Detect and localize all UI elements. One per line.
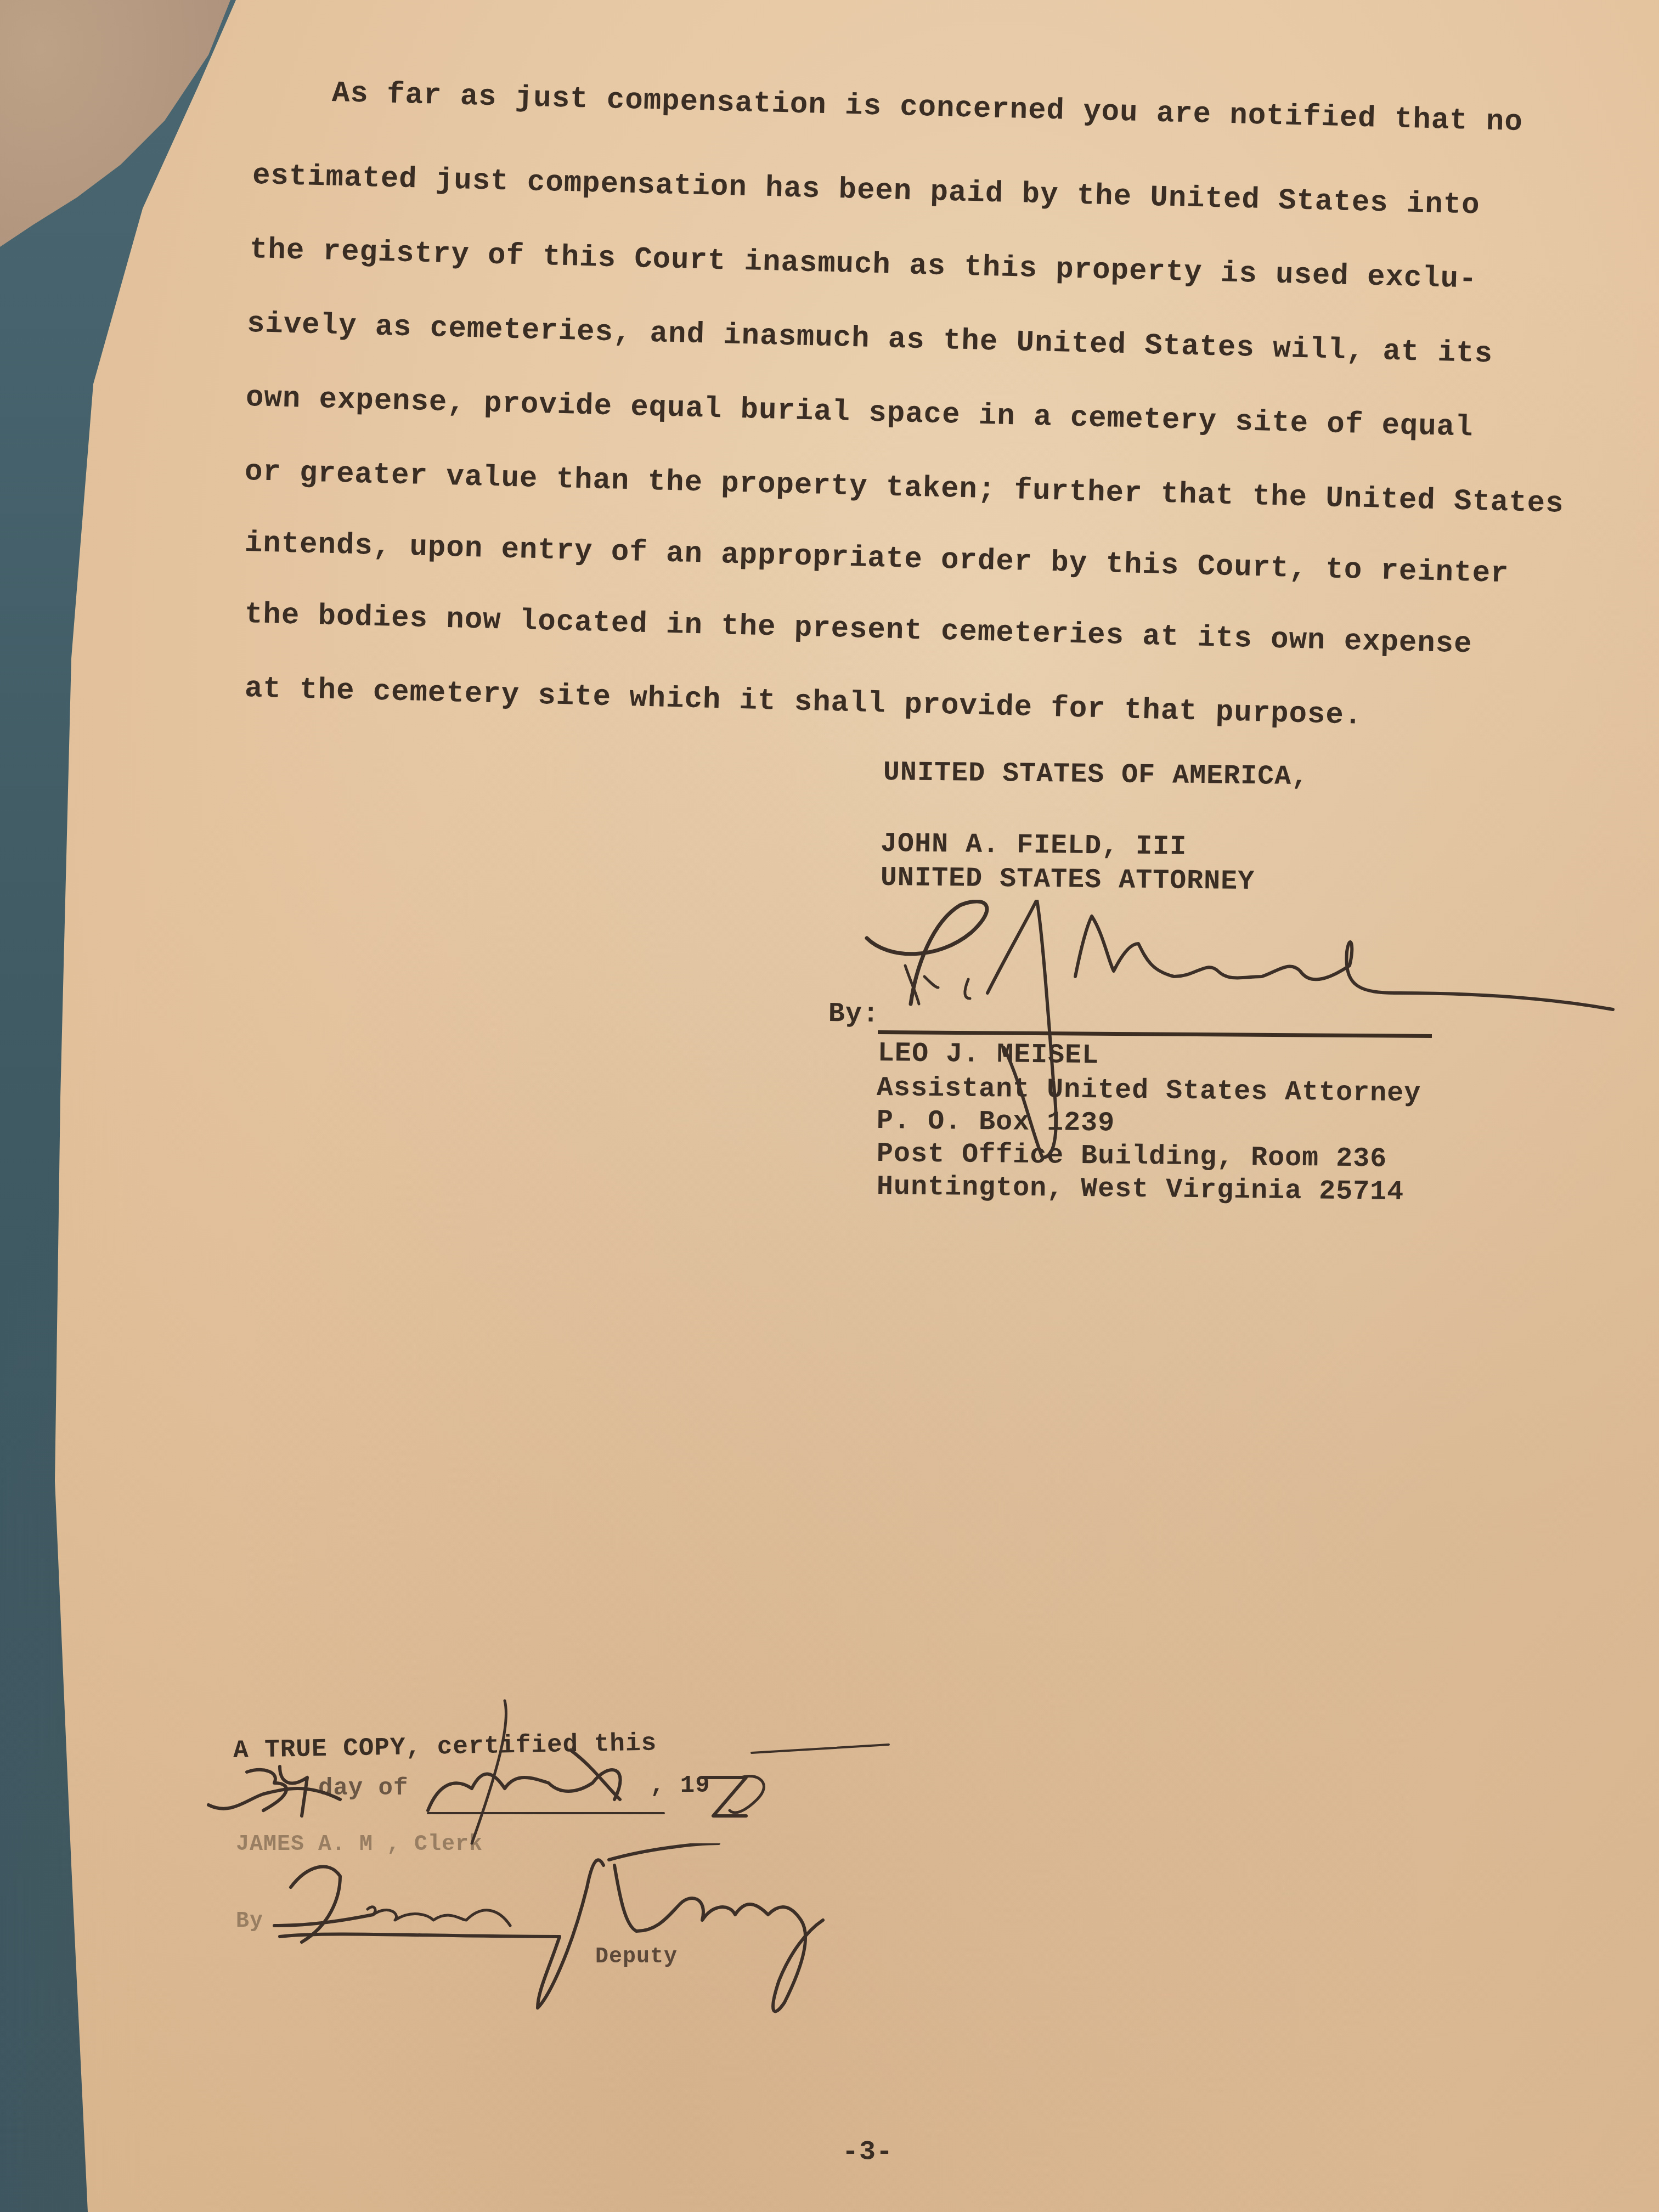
body-line: estimated just compensation has been pai… xyxy=(252,159,1480,223)
body-line: As far as just compensation is concerned… xyxy=(331,77,1523,139)
address-line: Huntington, West Virginia 25714 xyxy=(877,1171,1404,1208)
signer-name: LEO J. MEISEL xyxy=(878,1038,1099,1071)
body-line: or greater value than the property taken… xyxy=(244,455,1564,521)
body-line: at the cemetery site which it shall prov… xyxy=(244,672,1363,733)
page-number: -3- xyxy=(842,2137,893,2168)
document-page: As far as just compensation is concerned… xyxy=(0,0,1659,2212)
body-line: own expense, provide equal burial space … xyxy=(245,381,1474,445)
deputy-label: Deputy xyxy=(595,1945,678,1970)
certification-text: A TRUE COPY, certified this xyxy=(233,1729,657,1765)
body-line: intends, upon entry of an appropriate or… xyxy=(244,527,1509,591)
day-of-label: day of xyxy=(318,1775,408,1802)
attorney-title: UNITED STATES ATTORNEY xyxy=(881,862,1255,898)
year-prefix: , 19 xyxy=(650,1772,710,1799)
address-line: P. O. Box 1239 xyxy=(877,1105,1115,1139)
address-line: Post Office Building, Room 236 xyxy=(877,1138,1387,1175)
signer-title: Assistant United States Attorney xyxy=(877,1073,1421,1109)
signature-line xyxy=(878,1030,1432,1038)
by-label-clerk: By xyxy=(236,1909,263,1934)
body-line: the registry of this Court inasmuch as t… xyxy=(249,233,1477,297)
attorney-name: JOHN A. FIELD, III xyxy=(881,828,1187,863)
by-label: By: xyxy=(828,998,880,1030)
party-name: UNITED STATES OF AMERICA, xyxy=(883,757,1309,793)
body-line: sively as cemeteries, and inasmuch as th… xyxy=(246,307,1493,371)
body-line: the bodies now located in the present ce… xyxy=(244,598,1472,662)
deputy-signature xyxy=(263,1843,1004,2024)
clerk-line: JAMES A. M , Clerk xyxy=(236,1832,483,1857)
